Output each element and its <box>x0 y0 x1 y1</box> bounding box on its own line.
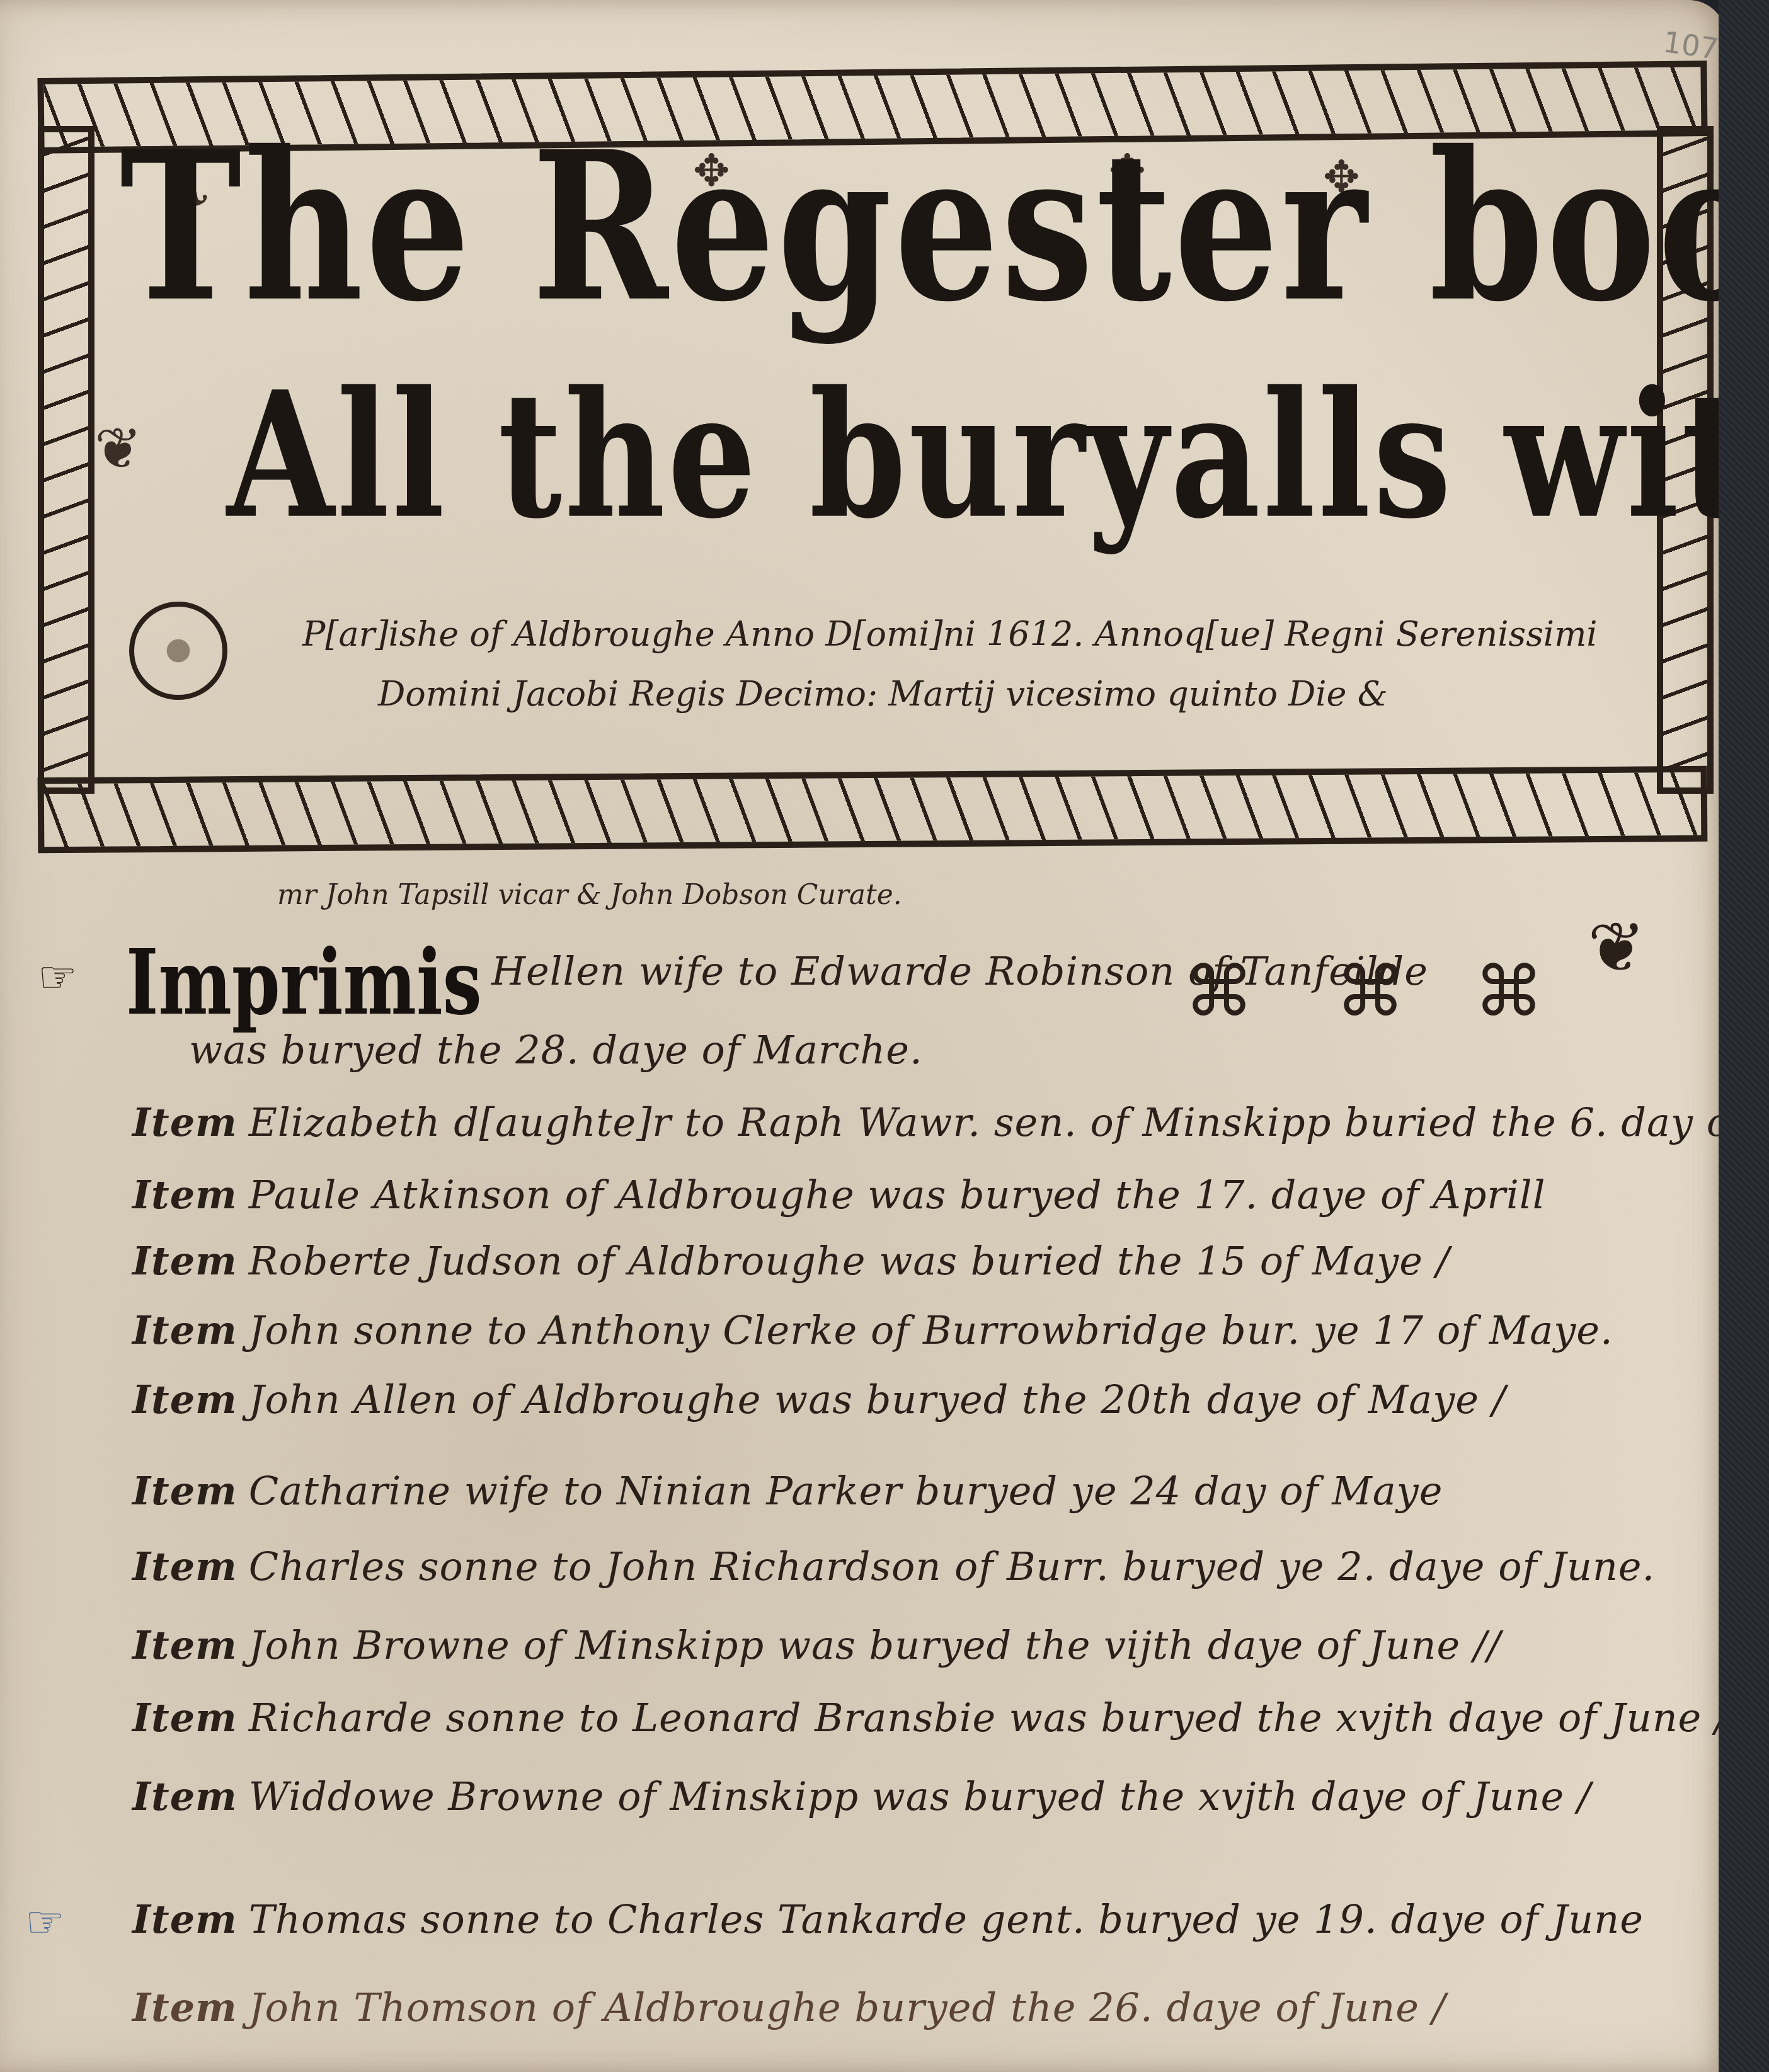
burial-entry: ItemRicharde sonne to Leonard Bransbie w… <box>132 1695 1729 1741</box>
title-line-2: All the buryalls within ye <box>227 353 1769 557</box>
burial-entry: ItemElizabeth d[aughte]r to Raph Wawr. s… <box>132 1099 1769 1145</box>
latin-heading-line-1: P[ar]ishe of Aldbroughe Anno D[omi]ni 16… <box>302 614 1598 654</box>
imprimis-text-line-1: Hellen wife to Edwarde Robinson of Tanfe… <box>491 948 1428 994</box>
burial-entry: ItemJohn Allen of Aldbroughe was buryed … <box>132 1377 1506 1422</box>
knotwork-flourish-icon: ⌘ <box>1336 951 1405 1032</box>
burial-entry: ItemCharles sonne to John Richardson of … <box>132 1543 1655 1589</box>
burial-entry: ItemJohn sonne to Anthony Clerke of Burr… <box>132 1307 1613 1353</box>
burial-entry: ItemJohn Thomson of Aldbroughe buryed th… <box>132 1984 1446 2030</box>
rope-border-bottom <box>38 766 1708 853</box>
imprimis-heading: Imprimis <box>126 929 482 1035</box>
burial-entry: ItemPaule Atkinson of Aldbroughe was bur… <box>132 1172 1545 1218</box>
tudor-rose-icon <box>129 602 227 700</box>
manicule-icon: ☞ <box>25 1896 65 1948</box>
burial-entry: ItemCatharine wife to Ninian Parker bury… <box>132 1468 1443 1514</box>
burial-entry: ItemJohn Browne of Minskipp was buryed t… <box>132 1622 1501 1668</box>
imprimis-text-line-2: was buryed the 28. daye of Marche. <box>189 1027 923 1073</box>
burial-entry: ItemRoberte Judson of Aldbroughe was bur… <box>132 1238 1450 1284</box>
manuscript-page: 107 ❦ ❧ ✥ ✥ ✥ The Regester booke of All … <box>0 0 1726 2072</box>
burial-entry: ItemThomas sonne to Charles Tankarde gen… <box>132 1896 1644 1942</box>
knotwork-flourish-icon: ⌘ <box>1184 951 1254 1032</box>
binding-cloth <box>1719 0 1769 2072</box>
knotwork-flourish-icon: ❦ <box>1588 907 1646 988</box>
manicule-icon: ☞ <box>38 951 77 1003</box>
title-line-1: The Regester booke of <box>120 107 1769 347</box>
clergy-line: mr John Tapsill vicar & John Dobson Cura… <box>277 879 902 911</box>
latin-heading-line-2: Domini Jacobi Regis Decimo: Martij vices… <box>378 674 1388 714</box>
rope-border-left <box>38 126 94 794</box>
knotwork-flourish-icon: ⌘ <box>1474 951 1543 1032</box>
scroll-flourish-icon: ❦ <box>94 416 142 482</box>
burial-entry: ItemWiddowe Browne of Minskipp was burye… <box>132 1773 1591 1819</box>
